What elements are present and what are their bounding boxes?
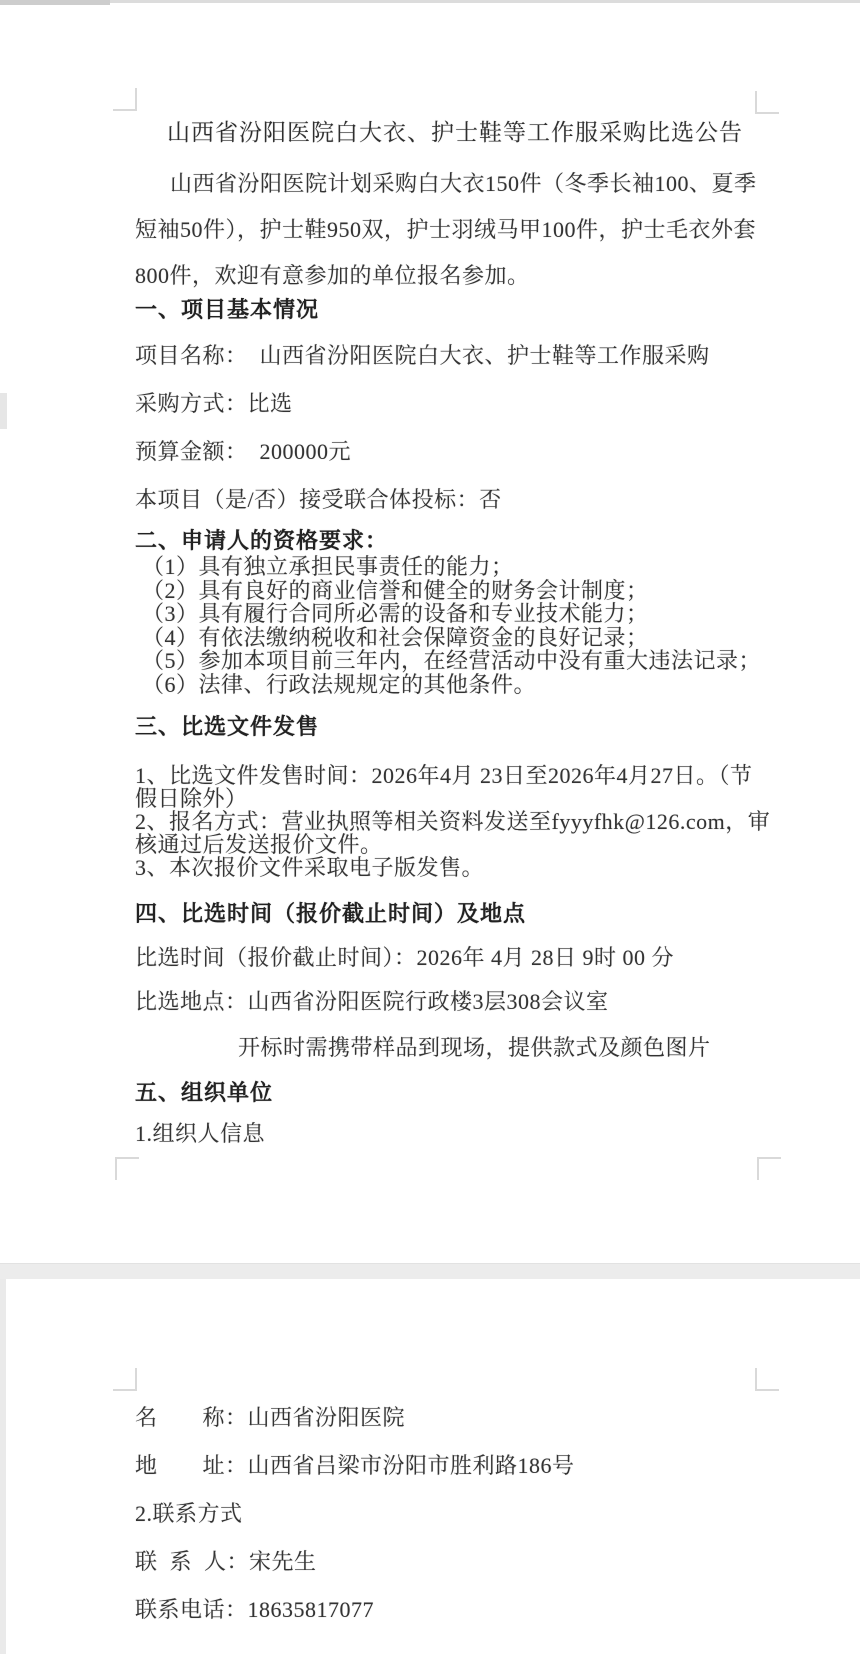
sample-note-line: 开标时需携带样品到现场，提供款式及颜色图片 [238, 1033, 711, 1063]
qualification-item: （3）具有履行合同所必需的设备和专业技术能力； [142, 602, 649, 626]
scan-top-edge [0, 0, 860, 3]
contact-phone-line: 联系电话：18635817077 [135, 1595, 374, 1625]
margin-corner-mark [113, 1368, 137, 1391]
qualification-item: （1）具有独立承担民事责任的能力； [142, 555, 514, 579]
section4-heading: 四、比选时间（报价截止时间）及地点 [135, 899, 526, 929]
intro-line: 山西省汾阳医院计划采购白大衣150件（冬季长袖100、夏季 [170, 169, 757, 199]
contact-person-line: 联 系 人：宋先生 [135, 1547, 317, 1577]
qualification-item: （2）具有良好的商业信誉和健全的财务会计制度； [142, 579, 649, 603]
margin-corner-mark [115, 1157, 139, 1180]
intro-line: 800件，欢迎有意参加的单位报名参加。 [135, 261, 530, 291]
electronic-copy-line: 3、本次报价文件采取电子版发售。 [135, 855, 484, 881]
scan-left-strip [0, 1279, 6, 1654]
consortium-line: 本项目（是/否）接受联合体投标：否 [135, 485, 502, 515]
project-name-line: 项目名称： 山西省汾阳医院白大衣、护士鞋等工作服采购 [135, 341, 710, 371]
intro-line: 短袖50件），护士鞋950双，护士羽绒马甲100件，护士毛衣外套 [135, 215, 756, 245]
section1-heading: 一、项目基本情况 [135, 295, 319, 325]
scan-top-edge-shadow [0, 0, 110, 5]
organizer-info-label: 1.组织人信息 [135, 1119, 265, 1149]
qualification-item: （5）参加本项目前三年内，在经营活动中没有重大违法记录； [142, 649, 761, 673]
qualification-item: （6）法律、行政法规规定的其他条件。 [142, 673, 536, 697]
margin-corner-mark [757, 1157, 781, 1180]
margin-corner-mark [755, 91, 779, 114]
qualification-item: （4）有依法缴纳税收和社会保障资金的良好记录； [142, 626, 649, 650]
section5-heading: 五、组织单位 [135, 1078, 273, 1108]
margin-corner-mark [755, 1368, 779, 1391]
margin-corner-mark [113, 88, 137, 111]
procurement-method-line: 采购方式：比选 [135, 389, 293, 419]
document-viewer: 山西省汾阳医院白大衣、护士鞋等工作服采购比选公告 山西省汾阳医院计划采购白大衣1… [0, 0, 860, 1654]
section3-heading: 三、比选文件发售 [135, 712, 319, 742]
section2-heading: 二、申请人的资格要求： [135, 526, 388, 556]
contact-section-label: 2.联系方式 [135, 1499, 243, 1529]
organizer-name-line: 名 称：山西省汾阳医院 [135, 1403, 405, 1433]
scan-left-notch [0, 393, 7, 429]
budget-line: 预算金额： 200000元 [135, 437, 351, 467]
deadline-line: 比选时间（报价截止时间）：2026年 4月 28日 9时 00 分 [135, 943, 674, 973]
organizer-address-line: 地 址：山西省吕梁市汾阳市胜利路186号 [135, 1451, 575, 1481]
location-line: 比选地点：山西省汾阳医院行政楼3层308会议室 [135, 987, 609, 1017]
document-title: 山西省汾阳医院白大衣、护士鞋等工作服采购比选公告 [167, 118, 743, 148]
